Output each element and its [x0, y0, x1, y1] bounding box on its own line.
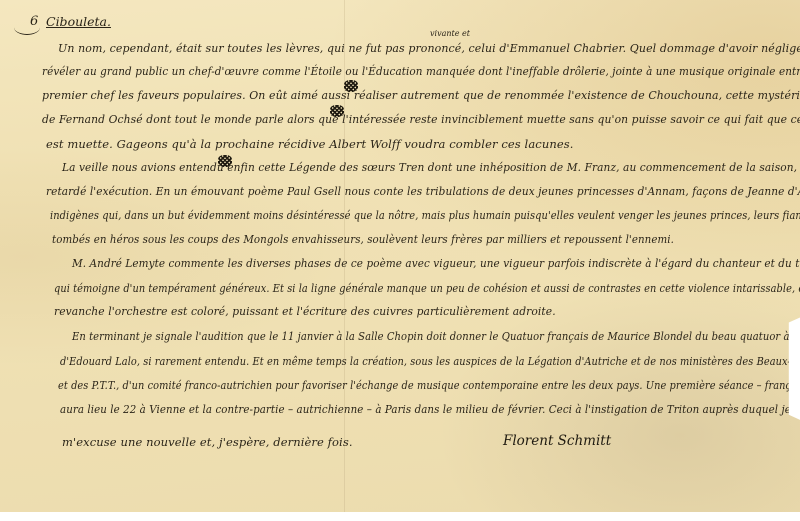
- text-line: d'Edouard Lalo, si rarement entendu. Et …: [60, 354, 800, 368]
- text-line: aura lieu le 22 à Vienne et la contre-pa…: [60, 402, 791, 416]
- text-line: indigènes qui, dans un but évidemment mo…: [50, 208, 800, 222]
- text-line: tombés en héros sous les coups des Mongo…: [52, 232, 674, 246]
- manuscript-page: 6 Cibouleta. vivante et Un nom, cependan…: [0, 0, 800, 512]
- text-line: révéler au grand public un chef-d'œuvre …: [42, 64, 800, 78]
- text-line: M. André Lemyte commente les diverses ph…: [72, 256, 800, 270]
- page-number: 6: [30, 14, 38, 29]
- text-line: est muette. Gageons qu'à la prochaine ré…: [46, 137, 574, 151]
- text-line: premier chef les faveurs populaires. On …: [42, 88, 800, 102]
- text-line: En terminant je signale l'audition que l…: [72, 329, 800, 343]
- text-line: La veille nous avions entendu enfin cett…: [62, 160, 800, 174]
- document-title: Cibouleta.: [46, 14, 111, 29]
- text-line: Un nom, cependant, était sur toutes les …: [58, 41, 800, 55]
- text-line: m'excuse une nouvelle et, j'espère, dern…: [62, 435, 353, 449]
- text-line: de Fernand Ochsé dont tout le monde parl…: [42, 112, 800, 126]
- text-line: et des P.T.T., d'un comité franco-autric…: [58, 378, 800, 392]
- signature: Florent Schmitt: [503, 433, 611, 449]
- interlinear-insertion: vivante et: [430, 29, 470, 38]
- text-line: revanche l'orchestre est coloré, puissan…: [54, 304, 556, 318]
- text-line: retardé l'exécution. En un émouvant poèm…: [46, 184, 800, 198]
- text-line: qui témoigne d'un tempérament généreux. …: [54, 281, 800, 295]
